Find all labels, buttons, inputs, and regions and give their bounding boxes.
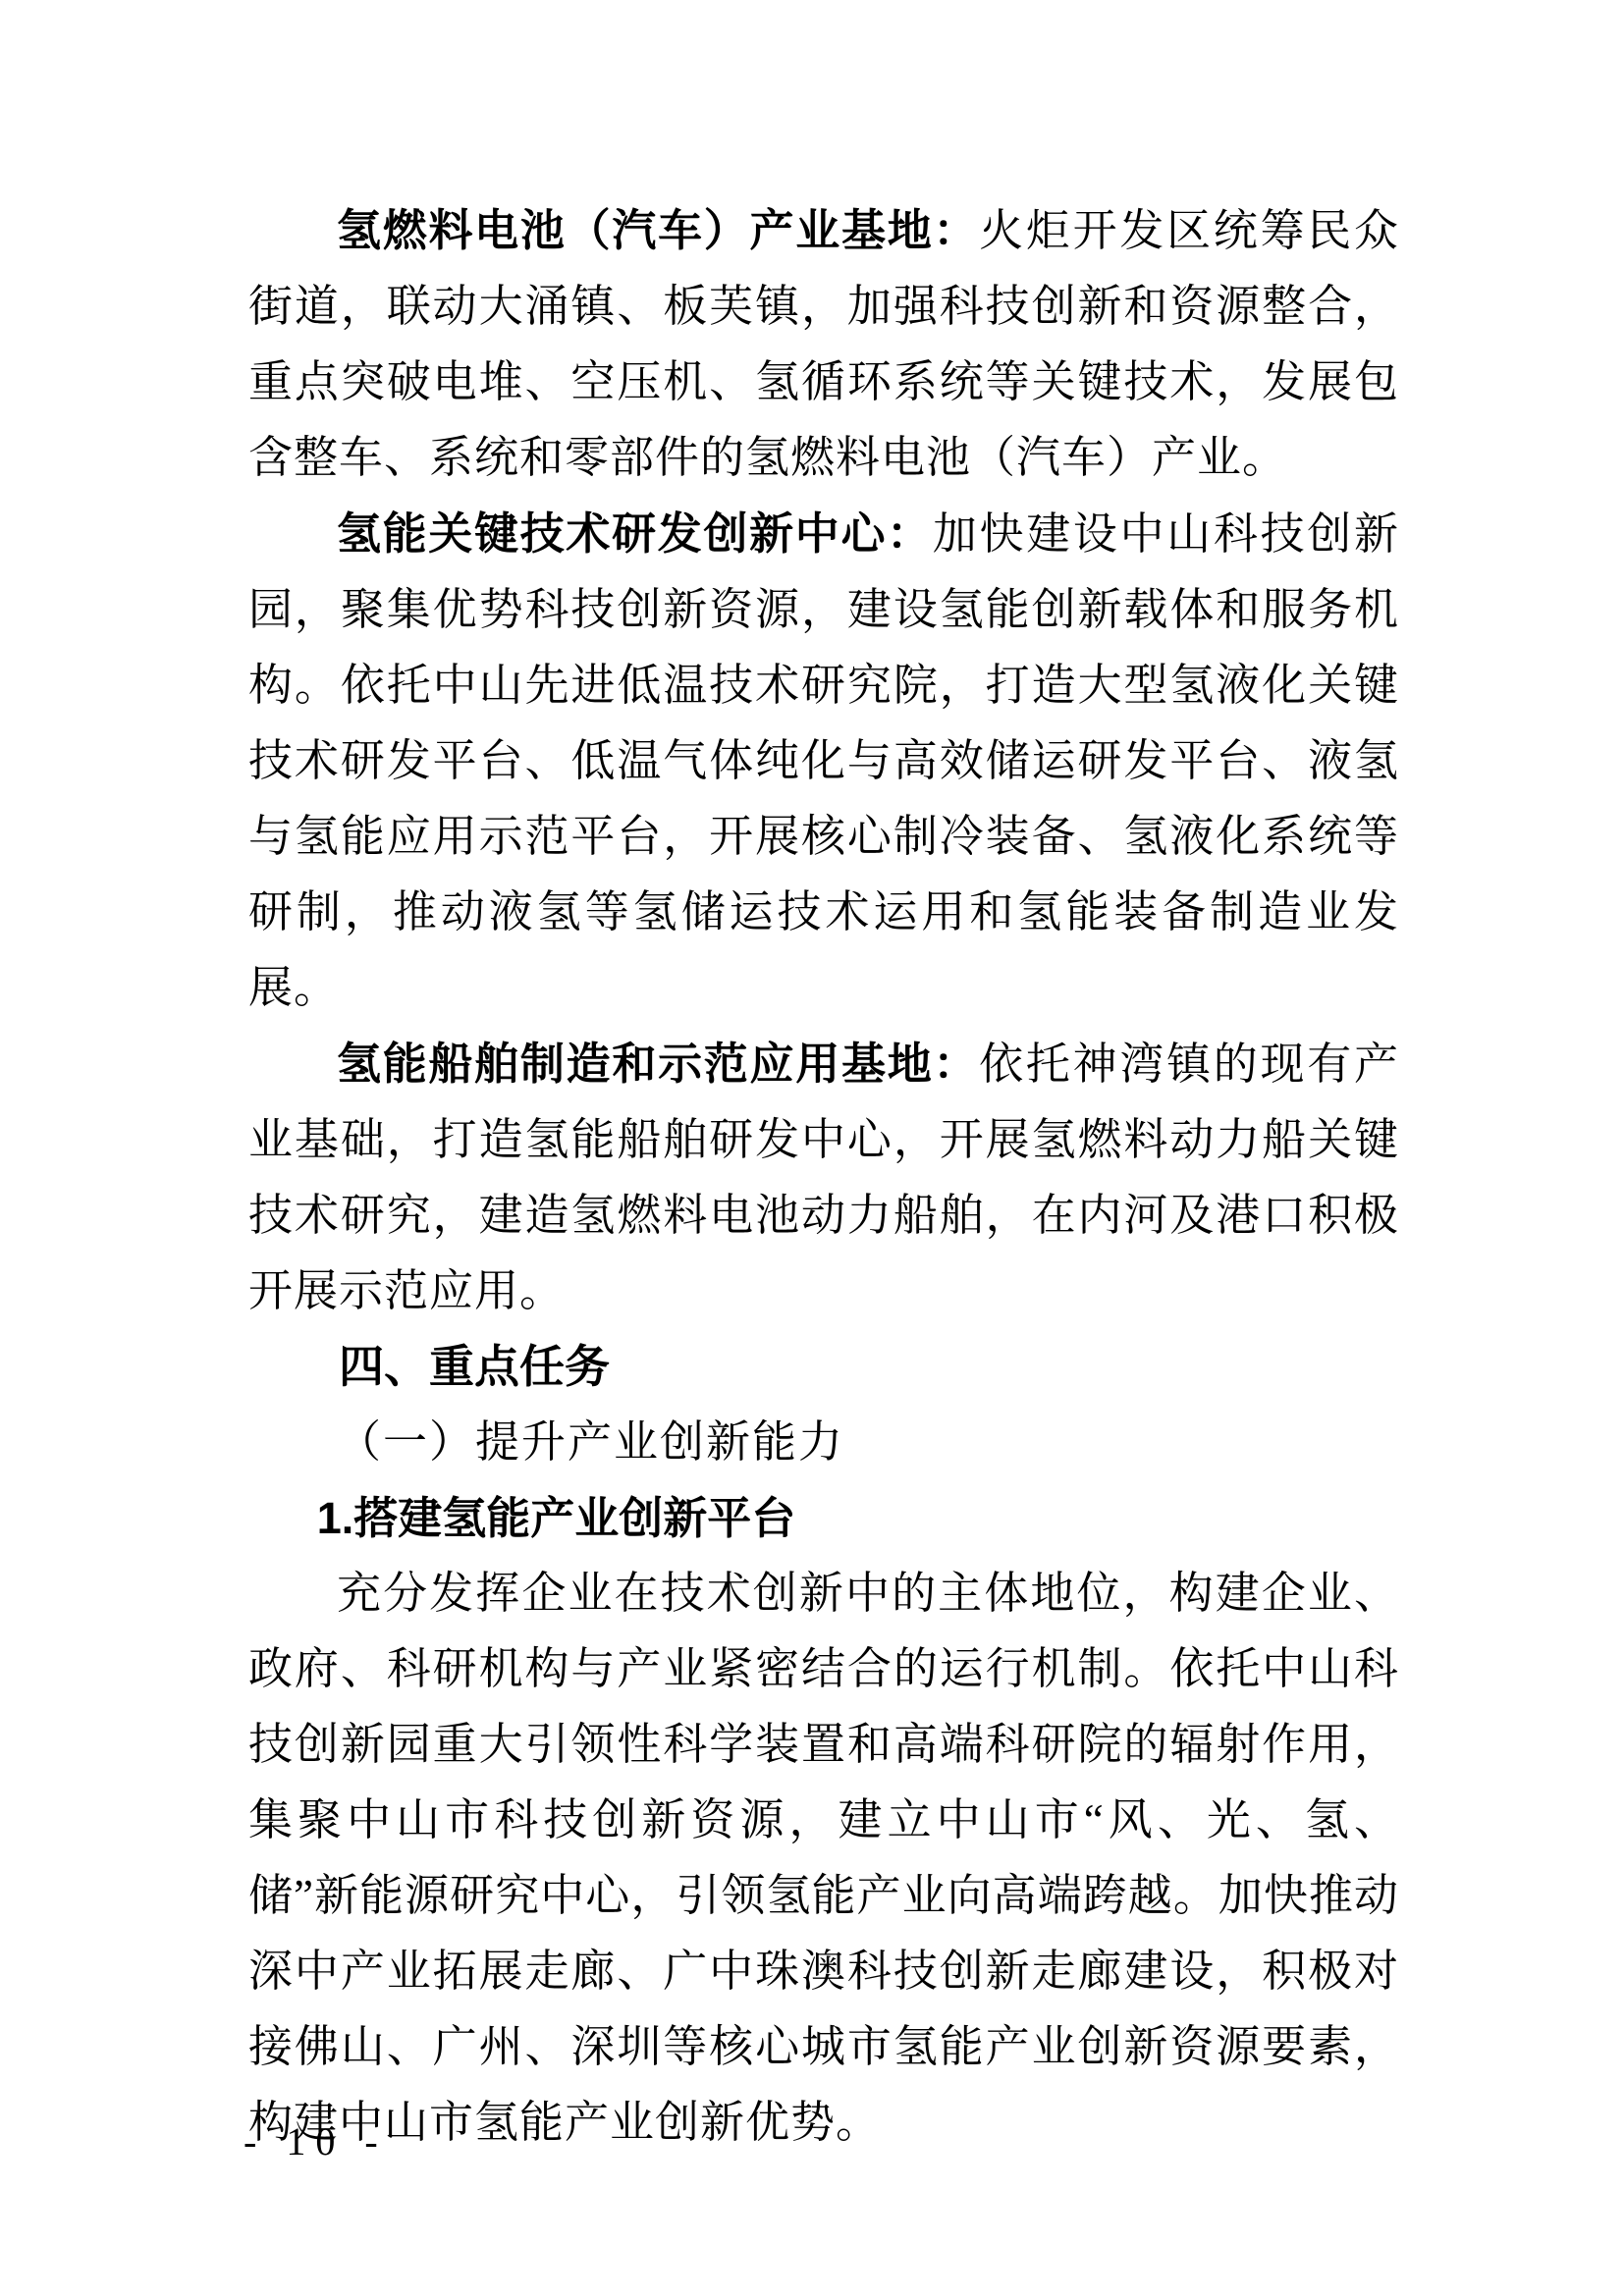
- paragraph-lead-key-tech-rd-center: 氢能关键技术研发创新中心：: [337, 508, 933, 559]
- page-body: 氢燃料电池（汽车）产业基地：火炬开发区统筹民众街道，联动大涌镇、板芙镇，加强科技…: [248, 192, 1399, 2161]
- heading-section-four-key-tasks: 四、重点任务: [248, 1329, 1399, 1405]
- heading-item-1-innovation-platform: 1.搭建氢能产业创新平台: [248, 1480, 1399, 1556]
- paragraph-fuel-cell-vehicle-base: 氢燃料电池（汽车）产业基地：火炬开发区统筹民众街道，联动大涌镇、板芙镇，加强科技…: [248, 192, 1399, 496]
- paragraph-text-key-tech-rd-center: 加快建设中山科技创新园，聚集优势科技创新资源，建设氢能创新载体和服务机构。依托中…: [248, 509, 1399, 1012]
- page-footer: - 10 -: [244, 2118, 538, 2164]
- paragraph-lead-ship-demo-base: 氢能船舶制造和示范应用基地：: [337, 1039, 979, 1089]
- paragraph-innovation-platform-body: 充分发挥企业在技术创新中的主体地位，构建企业、政府、科研机构与产业紧密结合的运行…: [248, 1556, 1399, 2161]
- heading-subsection-one-innovation-capability: （一）提升产业创新能力: [248, 1405, 1399, 1480]
- paragraph-key-tech-rd-center: 氢能关键技术研发创新中心：加快建设中山科技创新园，聚集优势科技创新资源，建设氢能…: [248, 496, 1399, 1026]
- paragraph-ship-demo-base: 氢能船舶制造和示范应用基地：依托神湾镇的现有产业基础，打造氢能船舶研发中心，开展…: [248, 1026, 1399, 1329]
- document-page: 氢燃料电池（汽车）产业基地：火炬开发区统筹民众街道，联动大涌镇、板芙镇，加强科技…: [0, 0, 1624, 2296]
- page-number: - 10 -: [244, 2119, 388, 2163]
- paragraph-lead-fuel-cell-vehicle-base: 氢燃料电池（汽车）产业基地：: [337, 205, 979, 255]
